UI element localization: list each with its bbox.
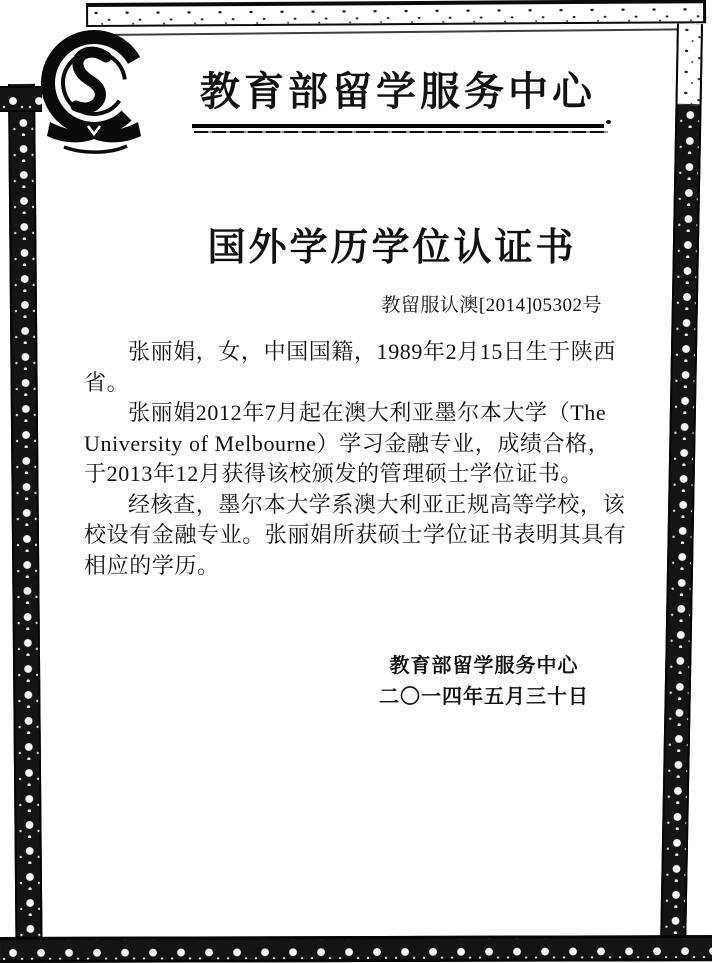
- cscse-logo-icon: [26, 26, 168, 158]
- border-left-strip: [8, 84, 42, 942]
- border-top-strip: [86, 0, 706, 27]
- body-line: 经核查，墨尔本大学系澳大利亚正规高等学校，该: [84, 490, 644, 521]
- org-name-heading: 教育部留学服务中心: [192, 60, 604, 128]
- certificate-title: 国外学历学位认证书: [72, 216, 712, 271]
- border-right-strip-cap: [678, 24, 701, 105]
- cscse-logo: [26, 26, 168, 158]
- signature-block: 教育部留学服务中心 二〇一四年五月三十日: [334, 651, 634, 713]
- certificate-scan: 教育部留学服务中心 国外学历学位认证书 教留服认澳[2014]05302号 张丽…: [0, 0, 712, 963]
- body-line: 于2013年12月获得该校颁发的管理硕士学位证书。: [84, 459, 644, 490]
- border-right-strip: [660, 24, 703, 941]
- body-line: University of Melbourne）学习金融专业，成绩合格，: [84, 429, 644, 460]
- certificate-body: 张丽娟，女，中国国籍，1989年2月15日生于陕西 省。 张丽娟2012年7月起…: [84, 337, 644, 581]
- signature-date: 二〇一四年五月三十日: [334, 682, 634, 713]
- body-line: 校设有金融专业。张丽娟所获硕士学位证书表明其具有: [84, 520, 644, 551]
- body-line: 省。: [84, 368, 644, 399]
- body-line: 张丽娟2012年7月起在澳大利亚墨尔本大学（The: [84, 398, 644, 429]
- inner-frame-line: [96, 28, 692, 36]
- signature-org: 教育部留学服务中心: [334, 651, 634, 682]
- body-line: 相应的学历。: [84, 551, 644, 582]
- scan-speck: [606, 120, 611, 124]
- border-bottom-strip: [0, 935, 712, 963]
- reference-number: 教留服认澳[2014]05302号: [0, 290, 602, 317]
- body-line: 张丽娟，女，中国国籍，1989年2月15日生于陕西: [84, 337, 644, 368]
